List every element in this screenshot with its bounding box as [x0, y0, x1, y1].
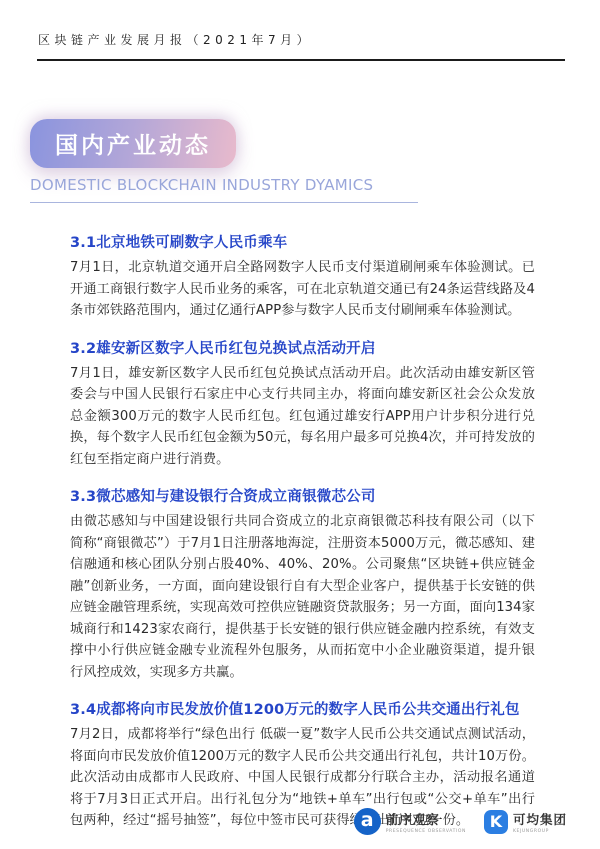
kejun-logo-icon: K: [484, 810, 508, 834]
kejun-logo-name: 可均集团: [513, 810, 567, 828]
news-heading-3-4: 3.4成都将向市民发放价值1200万元的数字人民币公共交通出行礼包: [70, 700, 535, 720]
section-title-badge: 国内产业动态: [30, 119, 236, 168]
news-section-3-2: 3.2雄安新区数字人民币红包兑换试点活动开启 7月1日，雄安新区数字人民币红包兑…: [70, 339, 535, 471]
news-body-3-2: 7月1日，雄安新区数字人民币红包兑换试点活动开启。此次活动由雄安新区管委会与中国…: [70, 363, 535, 471]
news-section-3-1: 3.1北京地铁可刷数字人民币乘车 7月1日，北京轨道交通开启全路网数字人民币支付…: [70, 233, 535, 322]
kejun-logo-subtext: KEJUNGROUP: [513, 829, 567, 834]
qianxu-logo: a 前序观察 PRESEQUENCE OBSERVATION: [354, 808, 466, 835]
section-title-badge-label: 国内产业动态: [55, 127, 211, 160]
section-subtitle-english: DOMESTIC BLOCKCHAIN INDUSTRY DYAMICS: [30, 176, 373, 194]
kejun-logo: K 可均集团 KEJUNGROUP: [484, 810, 567, 834]
news-heading-3-3: 3.3微芯感知与建设银行合资成立商银微芯公司: [70, 487, 535, 507]
qianxu-logo-subtext: PRESEQUENCE OBSERVATION: [386, 829, 466, 834]
kejun-logo-text: 可均集团 KEJUNGROUP: [513, 810, 567, 834]
qianxu-logo-text: 前序观察 PRESEQUENCE OBSERVATION: [386, 810, 466, 834]
document-header-title: 区块链产业发展月报（2021年7月）: [38, 31, 313, 48]
news-heading-3-2: 3.2雄安新区数字人民币红包兑换试点活动开启: [70, 339, 535, 359]
news-heading-3-1: 3.1北京地铁可刷数字人民币乘车: [70, 233, 535, 253]
news-content: 3.1北京地铁可刷数字人民币乘车 7月1日，北京轨道交通开启全路网数字人民币支付…: [70, 233, 535, 832]
qianxu-logo-name: 前序观察: [386, 810, 466, 828]
header-divider: [37, 59, 565, 61]
footer-logos: a 前序观察 PRESEQUENCE OBSERVATION K 可均集团 KE…: [354, 808, 567, 835]
news-section-3-3: 3.3微芯感知与建设银行合资成立商银微芯公司 由微芯感知与中国建设银行共同合资成…: [70, 487, 535, 683]
news-body-3-3: 由微芯感知与中国建设银行共同合资成立的北京商银微芯科技有限公司（以下简称“商银微…: [70, 511, 535, 683]
qianxu-logo-icon: a: [354, 808, 381, 835]
report-page: 区块链产业发展月报（2021年7月） 国内产业动态 DOMESTIC BLOCK…: [0, 0, 600, 849]
news-body-3-1: 7月1日，北京轨道交通开启全路网数字人民币支付渠道刷闸乘车体验测试。已开通工商银…: [70, 257, 535, 322]
subtitle-divider: [30, 202, 418, 203]
